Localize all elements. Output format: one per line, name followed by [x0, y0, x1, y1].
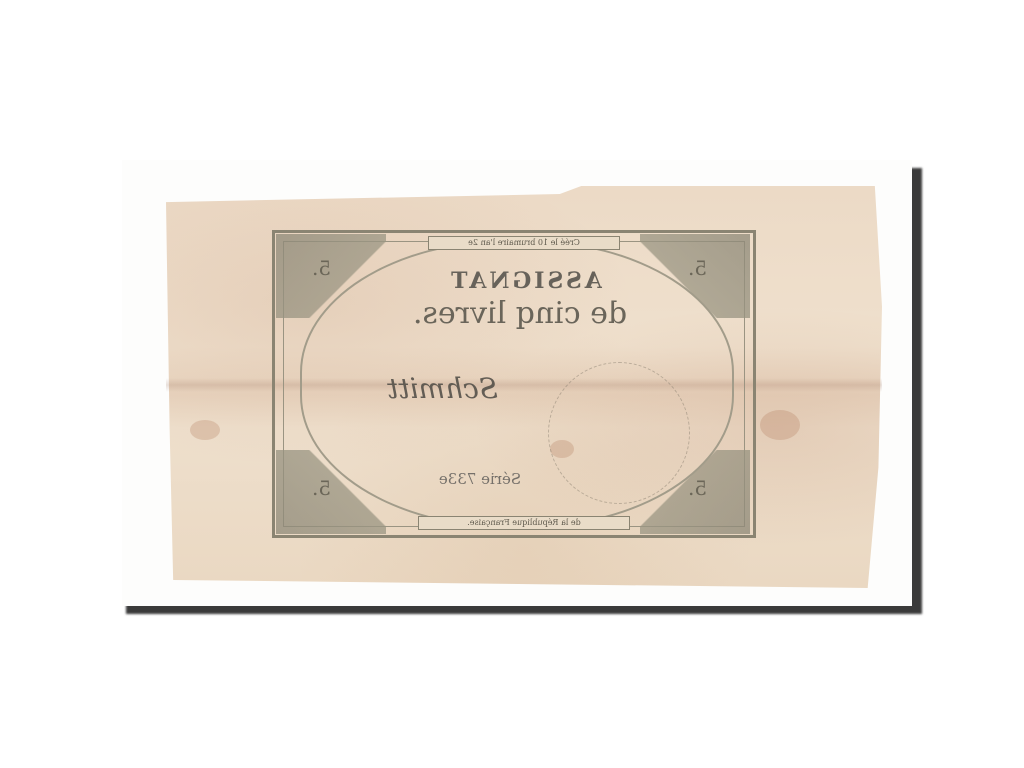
embossed-seal	[548, 362, 690, 504]
corner-value: 5.	[688, 476, 707, 500]
corner-value: 5.	[312, 256, 331, 280]
corner-value: 5.	[688, 256, 707, 280]
stain	[190, 420, 220, 440]
serie-number: Série 733e	[420, 470, 540, 488]
corner-value: 5.	[312, 476, 331, 500]
note-denomination: de cinq livres.	[370, 296, 670, 331]
top-banner-text: Créé le 10 brumaire l'an 2e	[428, 236, 620, 250]
signature: Schmitt	[368, 372, 498, 416]
stain	[760, 410, 800, 440]
note-title: ASSIGNAT	[420, 268, 630, 294]
bottom-banner-text: de la République Française.	[418, 516, 630, 530]
